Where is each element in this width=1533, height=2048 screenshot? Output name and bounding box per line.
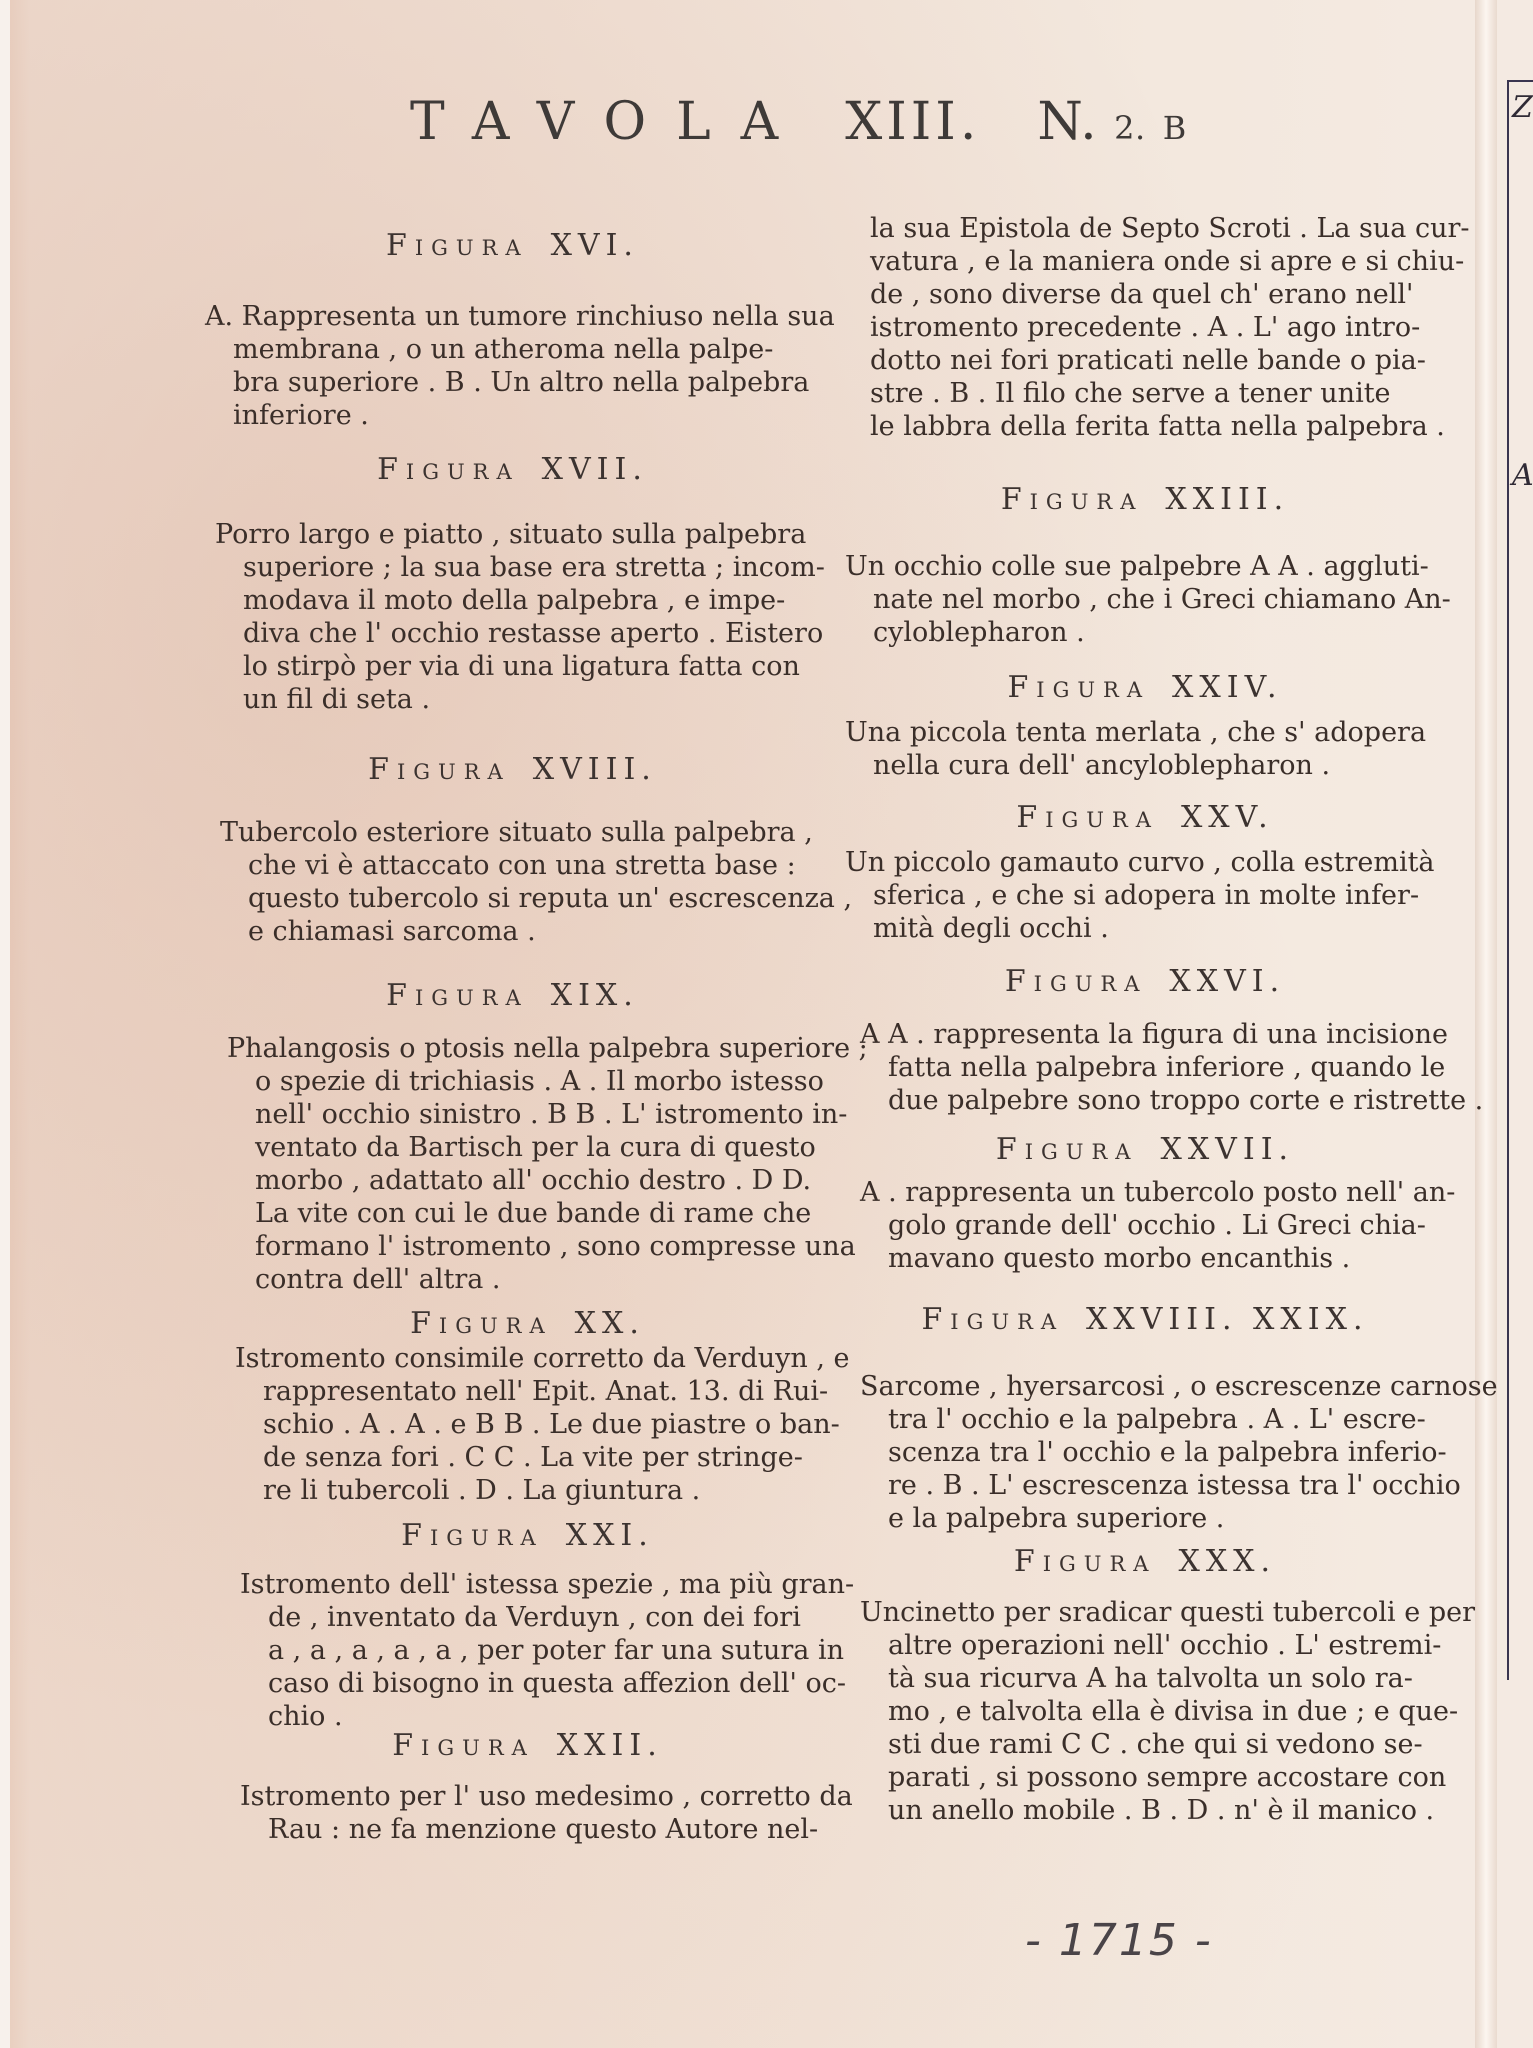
figure-description: Istromento dell' istessa spezie , ma più…	[240, 1568, 854, 1733]
figure-heading: FiguraXXVI.	[845, 964, 1445, 999]
title-number: XIII.	[845, 92, 980, 152]
title-n-label: N.	[1037, 92, 1097, 152]
figure-heading: FiguraXVII.	[205, 452, 820, 487]
figure-heading: FiguraXIX.	[205, 978, 820, 1013]
figure-description: Istromento consimile corretto da Verduyn…	[235, 1342, 850, 1507]
figure-description: Tubercolo esteriore situato sulla palpeb…	[220, 816, 852, 948]
figure-description: Una piccola tenta merlata , che s' adope…	[845, 716, 1426, 782]
next-page-fragment-1: Z	[1512, 90, 1533, 125]
figure-heading: FiguraXXII.	[220, 1728, 835, 1763]
figure-heading: FiguraXX.	[220, 1306, 835, 1341]
figure-heading: FiguraXXVIII. XXIX.	[845, 1302, 1445, 1337]
figure-description: A A . rappresenta la figura di una incis…	[860, 1018, 1483, 1117]
figure-description: Sarcome , hyersarcosi , o escrescenze ca…	[860, 1370, 1498, 1535]
handwritten-page-number: - 1715 -	[1025, 1915, 1213, 1966]
figure-heading: FiguraXXX.	[845, 1544, 1445, 1579]
next-page-fragment-2: A	[1512, 458, 1533, 493]
figure-heading: FiguraXXIV.	[845, 670, 1445, 705]
figure-heading: FiguraXXV.	[845, 800, 1445, 835]
figure-description: Porro largo e piatto , situato sulla pal…	[215, 518, 825, 716]
figure-description: A. Rappresenta un tumore rinchiuso nella…	[205, 300, 835, 432]
title-tavola: TAVOLA	[410, 92, 808, 152]
figure-description: Istromento per l' uso medesimo , corrett…	[240, 1780, 853, 1846]
figure-heading: FiguraXXVII.	[845, 1132, 1445, 1167]
figure-heading: FiguraXXI.	[220, 1518, 835, 1553]
figure-heading: FiguraXVIII.	[205, 752, 820, 787]
figure-description-continued: la sua Epistola de Septo Scroti . La sua…	[870, 212, 1470, 443]
figure-description: Phalangosis o ptosis nella palpebra supe…	[227, 1032, 868, 1296]
figure-description: Un occhio colle sue palpebre A A . agglu…	[845, 550, 1451, 649]
figure-description: Uncinetto per sradicar questi tubercoli …	[860, 1596, 1475, 1827]
title-suffix: B	[1163, 109, 1187, 147]
figure-description: Un piccolo gamauto curvo , colla estremi…	[845, 846, 1435, 945]
page-left-edge	[0, 0, 10, 2048]
next-page-border	[1507, 80, 1509, 1680]
figure-description: A . rappresenta un tubercolo posto nell'…	[860, 1176, 1455, 1275]
next-page-border-top	[1507, 80, 1533, 82]
figure-heading: FiguraXXIII.	[845, 482, 1445, 517]
title-n-value: 2.	[1114, 109, 1146, 147]
page-title: TAVOLA XIII. N. 2. B	[410, 92, 1230, 152]
figure-heading: FiguraXVI.	[205, 228, 820, 263]
